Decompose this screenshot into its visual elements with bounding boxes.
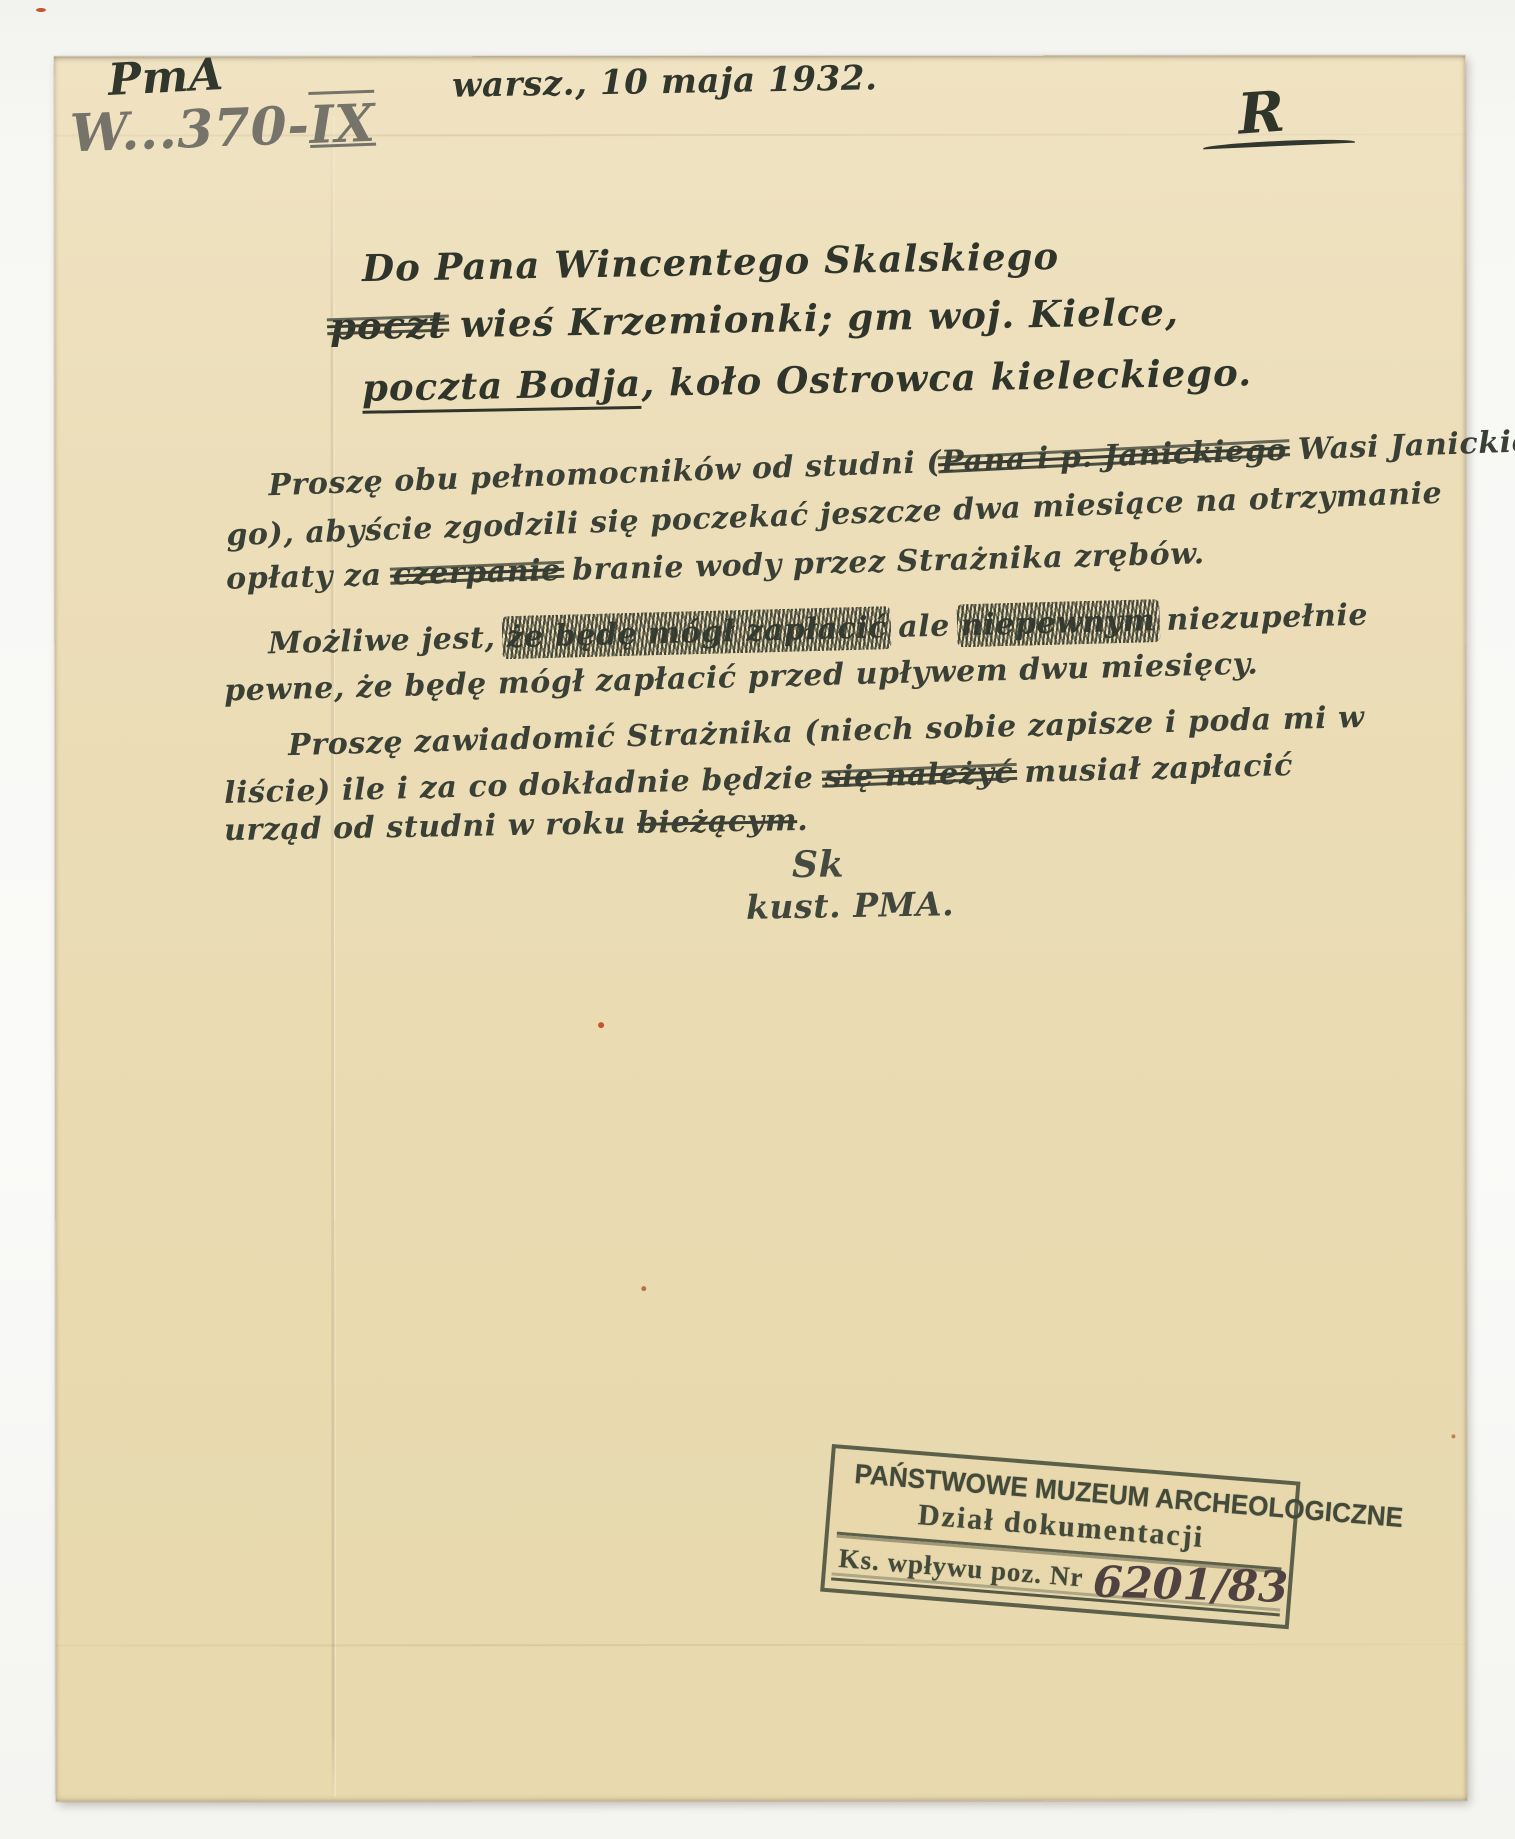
p1-l3-struck: czerpanie — [392, 553, 561, 592]
p2-l1-scribbled-1: że będę mógł zapłacić — [506, 610, 888, 655]
address-line-2-struck-word: poczt — [330, 302, 447, 348]
archive-number-roman: IX — [308, 93, 376, 156]
p2-l1-text-c: niezupełnie — [1155, 598, 1369, 639]
p3-l2-struck: się należyć — [824, 755, 1014, 795]
red-speck-top-left — [36, 8, 46, 12]
stamp-accession-number-handwritten: 6201/83 — [1093, 1565, 1289, 1605]
p1-l3-text-a: opłaty za — [226, 557, 393, 596]
p3-l3-text-a: urząd od studni w roku — [224, 806, 638, 848]
archive-number-pencil: W...370-IX — [69, 93, 376, 165]
archive-abbreviation-ink: PmA — [107, 49, 225, 106]
orange-speck-2 — [641, 1286, 646, 1291]
p2-l1-text-a: Możliwe jest, — [268, 620, 507, 661]
signature-initials: Sk — [792, 844, 844, 886]
p3-l3-struck: bieżącym — [637, 803, 798, 841]
orange-speck-1 — [598, 1022, 604, 1028]
vertical-fold-crease — [330, 116, 334, 1796]
dateline: warsz., 10 maja 1932. — [452, 58, 878, 105]
orange-speck-3 — [1451, 1434, 1455, 1438]
p3-l3-text-b: . — [797, 803, 809, 838]
p3-l2-text-b: musiał zapłacić — [1013, 748, 1294, 790]
p2-l1-text-b: ale — [887, 608, 962, 645]
address-line-3-underlined: poczta Bodja — [362, 361, 642, 414]
archive-number-prefix: W...3 — [69, 98, 215, 164]
signature-title: kust. PMA. — [746, 884, 955, 927]
horizontal-fold-crease-bottom — [56, 1643, 1467, 1646]
monogram-initial: R — [1236, 78, 1288, 147]
archive-number-digits: 70- — [213, 95, 311, 159]
p2-l1-scribbled-2: niepewnym — [961, 603, 1156, 643]
